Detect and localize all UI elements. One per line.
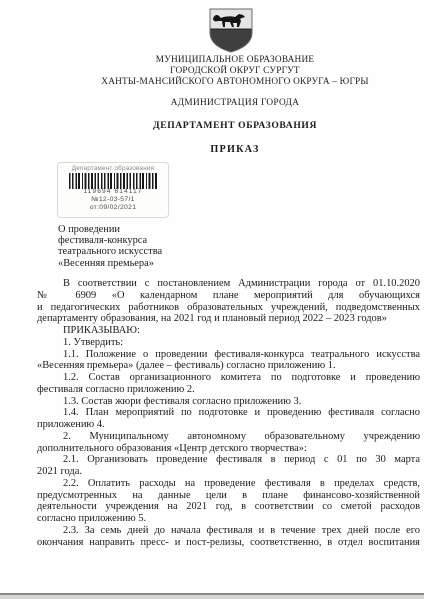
body-line: № 6909 «О календарном плане мероприятий … (37, 290, 420, 302)
body-line: 2.2. Оплатить расходы на проведение фест… (37, 478, 420, 490)
body-line: 1.1. Положение о проведении фестиваля-ко… (37, 349, 420, 361)
org-name-line-1: МУНИЦИПАЛЬНОЕ ОБРАЗОВАНИЕ (46, 55, 424, 66)
body-line: 1.4. План мероприятий по подготовке и пр… (37, 407, 420, 419)
body-line: фестиваля согласно приложению 2. (37, 384, 420, 396)
org-name-line-2: ГОРОДСКОЙ ОКРУГ СУРГУТ (46, 66, 424, 77)
body-line: 1.2. Состав организационного комитета по… (37, 372, 420, 384)
order-body: В соответствии с постановлением Админист… (37, 278, 420, 548)
stamp-label: Департамент образования (58, 165, 168, 172)
body-line: 2.3. За семь дней до начала фестиваля и … (37, 525, 420, 537)
body-line: 2021 года. (37, 466, 420, 478)
subject-line: О проведении (58, 224, 238, 235)
body-line: ПРИКАЗЫВАЮ: (37, 325, 420, 337)
org-name-line-3: ХАНТЫ-МАНСИЙСКОГО АВТОНОМНОГО ОКРУГА – Ю… (46, 77, 424, 88)
body-line: 2.1. Организовать проведение фестиваля в… (37, 454, 420, 466)
administration-line: АДМИНИСТРАЦИЯ ГОРОДА (46, 98, 424, 108)
body-line: 2. Муниципальному автономному образовате… (37, 431, 420, 443)
body-line: 1. Утвердить: (37, 337, 420, 349)
department-line: ДЕПАРТАМЕНТ ОБРАЗОВАНИЯ (46, 120, 424, 131)
body-line: дополнительного образования «Центр детск… (37, 443, 420, 455)
subject-block: О проведении фестиваля-конкурса театраль… (58, 224, 238, 269)
body-line: 1.3. Состав жюри фестиваля согласно прил… (37, 396, 420, 408)
body-line: «Весенняя премьера» (далее – фестиваль) … (37, 360, 420, 372)
document-page: МУНИЦИПАЛЬНОЕ ОБРАЗОВАНИЕ ГОРОДСКОЙ ОКРУ… (0, 0, 424, 599)
body-line: предусмотренных на данные цели в плане ф… (37, 490, 420, 502)
registration-number: №12-03-57/1 (58, 196, 168, 203)
subject-line: фестиваля-конкурса (58, 235, 238, 246)
registration-stamp: Департамент образования 119694 614117 №1… (57, 162, 169, 218)
body-line: департаменту образования, на 2021 год и … (37, 313, 420, 325)
body-line: и педагогических работников образователь… (37, 302, 420, 314)
barcode-digits: 119694 614117 (58, 188, 168, 195)
body-line: деятельности учреждения на 2021 год, в с… (37, 501, 420, 513)
body-line: приложению 4. (37, 419, 420, 431)
subject-line: «Весенняя премьера» (58, 258, 238, 269)
page-bottom-scan-shadow (0, 595, 424, 599)
body-line: согласно приложению 5. (37, 513, 420, 525)
document-type-title: ПРИКАЗ (46, 144, 424, 155)
surgut-coat-of-arms-icon (208, 7, 254, 54)
body-line: В соответствии с постановлением Админист… (37, 278, 420, 290)
subject-line: театрального искусства (58, 246, 238, 257)
barcode-icon (69, 173, 157, 189)
registration-date: от:09/02/2021 (58, 204, 168, 211)
body-line: окончания направить пресс- и пост-релизы… (37, 537, 420, 549)
document-header: МУНИЦИПАЛЬНОЕ ОБРАЗОВАНИЕ ГОРОДСКОЙ ОКРУ… (46, 55, 424, 155)
